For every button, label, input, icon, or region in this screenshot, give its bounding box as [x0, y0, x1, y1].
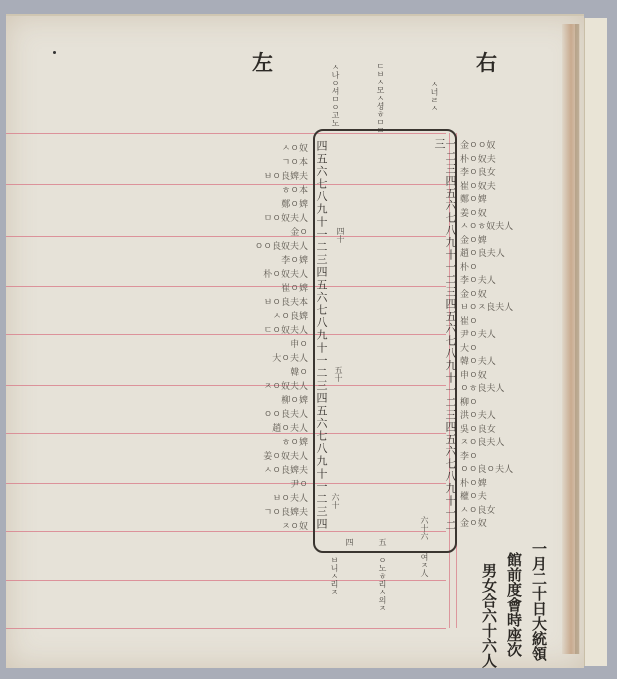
list-item: ㅂㅇ夫人 — [200, 492, 308, 506]
right-entries-list: 金ㅇㅇ奴 朴ㅇ奴夫 李ㅇ良女 崔ㅇ奴夫 鄭ㅇ婢 姜ㅇ奴 ㅅㅇㅎ奴夫人 金ㅇ婢 趙… — [460, 140, 555, 532]
heading-left: 左 — [252, 47, 273, 77]
list-item: ㅈㅇ奴 — [200, 520, 308, 534]
list-item: ㅇㅇ良夫人 — [200, 408, 308, 422]
list-item: 柳ㅇ — [460, 397, 555, 411]
list-item: 金ㅇ奴 — [460, 289, 555, 303]
summary-line-3: 男女合六十六人 — [481, 563, 496, 668]
box-right-number-column: 一二三四五六七八九十一二三四五六七八九十一二三四五六七八九十一二三 — [434, 138, 456, 538]
list-item: 金ㅇ奴 — [460, 518, 555, 532]
list-item: ㅈㅇ奴夫人 — [200, 380, 308, 394]
list-item: 吳ㅇ良女 — [460, 424, 555, 438]
list-item: 金ㅇ — [200, 226, 308, 240]
list-item: 申ㅇ奴 — [460, 370, 555, 384]
box-marker: 五十 — [334, 366, 342, 382]
bottom-annotation: ㅇ노ㅎ리ㅅ의ㅈ — [378, 556, 386, 612]
list-item: 韓ㅇ夫人 — [460, 356, 555, 370]
list-item: 韓ㅇ — [200, 366, 308, 380]
top-label: ㅅ너ㄹㅅ — [430, 80, 438, 112]
list-item: 崔ㅇ — [460, 316, 555, 330]
list-item: 大ㅇ夫人 — [200, 352, 308, 366]
list-item: 趙ㅇ夫人 — [200, 422, 308, 436]
bottom-annotation: ㅂ니ㅅ리ㅈ — [330, 556, 338, 596]
list-item: ㅂㅇㅈ良夫人 — [460, 302, 555, 316]
list-item: 李ㅇ夫人 — [460, 275, 555, 289]
list-item: ㅁㅇ奴夫人 — [200, 212, 308, 226]
list-item: 金ㅇㅇ奴 — [460, 140, 555, 154]
list-item: ㅈㅇ良夫人 — [460, 437, 555, 451]
list-item: 大ㅇ — [460, 343, 555, 357]
list-item: 姜ㅇ奴夫人 — [200, 450, 308, 464]
list-item: 柳ㅇ婢 — [200, 394, 308, 408]
top-label: ㄷㅂㅅ모ㅅ셩ㅎㅁㅁ — [376, 62, 384, 134]
box-bottom-label: 五 — [378, 538, 386, 546]
list-item: 崔ㅇ婢 — [200, 282, 308, 296]
list-item: 朴ㅇ — [460, 262, 555, 276]
ruled-line — [6, 628, 446, 629]
list-item: 姜ㅇ奴 — [460, 208, 555, 222]
list-item: ㅇㅎ良夫人 — [460, 383, 555, 397]
list-item: ㅅㅇ良婢 — [200, 310, 308, 324]
list-item: 朴ㅇ奴夫 — [460, 154, 555, 168]
left-entries-list: ㅅㅇ奴 ㄱㅇ本 ㅂㅇ良婢夫 ㅎㅇ本 鄭ㅇ婢 ㅁㅇ奴夫人 金ㅇ ㅇㅇ良奴夫人 李ㅇ… — [200, 142, 308, 534]
binding-fold — [575, 24, 579, 654]
ink-dot — [53, 51, 56, 54]
list-item: 尹ㅇ夫人 — [460, 329, 555, 343]
list-item: ㅎㅇ本 — [200, 184, 308, 198]
list-item: ㄷㅇ奴夫人 — [200, 324, 308, 338]
box-left-number-column: 四五六七八九十一二三四五六七八九十一二三四五六七八九十一二三四 — [316, 140, 327, 540]
list-item: ㅅㅇ良婢夫 — [200, 464, 308, 478]
list-item: 李ㅇ良女 — [460, 167, 555, 181]
box-marker: 六十 — [331, 493, 339, 509]
list-item: 朴ㅇ婢 — [460, 478, 555, 492]
list-item: ㅅㅇ奴 — [200, 142, 308, 156]
bottom-annotation: 여ㅈ人 — [420, 553, 428, 577]
list-item: ㅎㅇ婢 — [200, 436, 308, 450]
list-item: 李ㅇ — [460, 451, 555, 465]
list-item: 崔ㅇ奴夫 — [460, 181, 555, 195]
list-item: ㄱㅇ良婢夫 — [200, 506, 308, 520]
heading-right: 右 — [476, 47, 497, 77]
top-label: ㅅ나ㅇ셔ㅁㅇ고노 — [331, 63, 339, 127]
list-item: ㅇㅇ良奴夫人 — [200, 240, 308, 254]
summary-line-2: 館前度會時座次 — [506, 552, 521, 657]
list-item: ㅅㅇ良女 — [460, 505, 555, 519]
list-item: 趙ㅇ良夫人 — [460, 248, 555, 262]
list-item: ㄱㅇ本 — [200, 156, 308, 170]
list-item: 申ㅇ — [200, 338, 308, 352]
page-edge — [584, 18, 607, 666]
summary-line-1: 一月二十日大統領 — [531, 541, 546, 661]
list-item: 權ㅇ夫 — [460, 491, 555, 505]
list-item: ㅂㅇ良夫本 — [200, 296, 308, 310]
list-item: 鄭ㅇ婢 — [200, 198, 308, 212]
list-item: ㅅㅇㅎ奴夫人 — [460, 221, 555, 235]
list-item: 洪ㅇ夫人 — [460, 410, 555, 424]
list-item: 李ㅇ婢 — [200, 254, 308, 268]
list-item: ㅂㅇ良婢夫 — [200, 170, 308, 184]
list-item: 尹ㅇ — [200, 478, 308, 492]
box-marker: 四十 — [336, 227, 344, 243]
list-item: 鄭ㅇ婢 — [460, 194, 555, 208]
list-item: ㅇㅇ良ㅇ夫人 — [460, 464, 555, 478]
list-item: 朴ㅇ奴夫人 — [200, 268, 308, 282]
box-bottom-label: 四 — [345, 538, 353, 546]
list-item: 金ㅇ婢 — [460, 235, 555, 249]
box-bottom-label: 六十六 — [420, 516, 428, 540]
